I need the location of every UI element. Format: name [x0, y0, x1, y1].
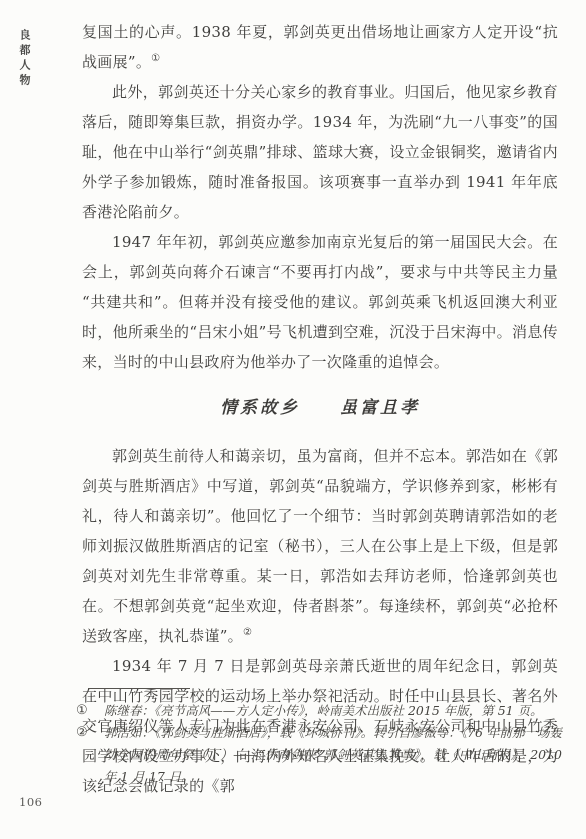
footnote-marker: ② — [76, 722, 104, 744]
footnote-2: ② 郭浩如：《郭剑英与胜斯酒店》，载《环城侨刊》。转引自廖薇等：《76 年前那一… — [76, 722, 562, 788]
footnote-ref-1: ① — [151, 53, 160, 64]
book-page: 良都人物 复国土的心声。1938 年夏，郭剑英更出借场地让画家方人定开设“抗战画… — [0, 0, 586, 839]
page-number: 106 — [19, 795, 42, 809]
footnote-separator-rule — [88, 688, 190, 689]
footnote-section: ① 陈继春：《亮节高风——方人定小传》，岭南美术出版社 2015 年版，第 51… — [76, 688, 562, 788]
main-text-column: 复国土的心声。1938 年夏，郭剑英更出借场地让画家方人定开设“抗战画展”。① … — [82, 17, 558, 801]
paragraph-text: 1947 年年初，郭剑英应邀参加南京光复后的第一届国民大会。在会上，郭剑英向蒋介… — [82, 233, 558, 371]
paragraph: 郭剑英生前待人和蔼亲切，虽为富商，但并不忘本。郭浩如在《郭剑英与胜斯酒店》中写道… — [82, 441, 558, 651]
footnote-ref-2: ② — [243, 627, 252, 638]
paragraph-text: 此外，郭剑英还十分关心家乡的教育事业。归国后，他见家乡教育落后，随即筹集巨款，捐… — [82, 83, 558, 221]
footnote-1: ① 陈继春：《亮节高风——方人定小传》，岭南美术出版社 2015 年版，第 51… — [76, 700, 562, 722]
footnote-text: 郭浩如：《郭剑英与胜斯酒店》，载《环城侨刊》。转引自廖薇等：《76 年前那一场轰… — [104, 722, 562, 788]
footnote-text: 陈继春：《亮节高风——方人定小传》，岭南美术出版社 2015 年版，第 51 页… — [104, 700, 562, 722]
section-heading: 情系故乡 虽富且孝 — [82, 393, 558, 423]
footnote-marker: ① — [76, 700, 104, 722]
paragraph: 此外，郭剑英还十分关心家乡的教育事业。归国后，他见家乡教育落后，随即筹集巨款，捐… — [82, 77, 558, 227]
paragraph-text: 郭剑英生前待人和蔼亲切，虽为富商，但并不忘本。郭浩如在《郭剑英与胜斯酒店》中写道… — [82, 447, 558, 645]
chapter-side-label: 良都人物 — [16, 29, 32, 89]
paragraph: 1947 年年初，郭剑英应邀参加南京光复后的第一届国民大会。在会上，郭剑英向蒋介… — [82, 227, 558, 377]
paragraph: 复国土的心声。1938 年夏，郭剑英更出借场地让画家方人定开设“抗战画展”。① — [82, 17, 558, 77]
